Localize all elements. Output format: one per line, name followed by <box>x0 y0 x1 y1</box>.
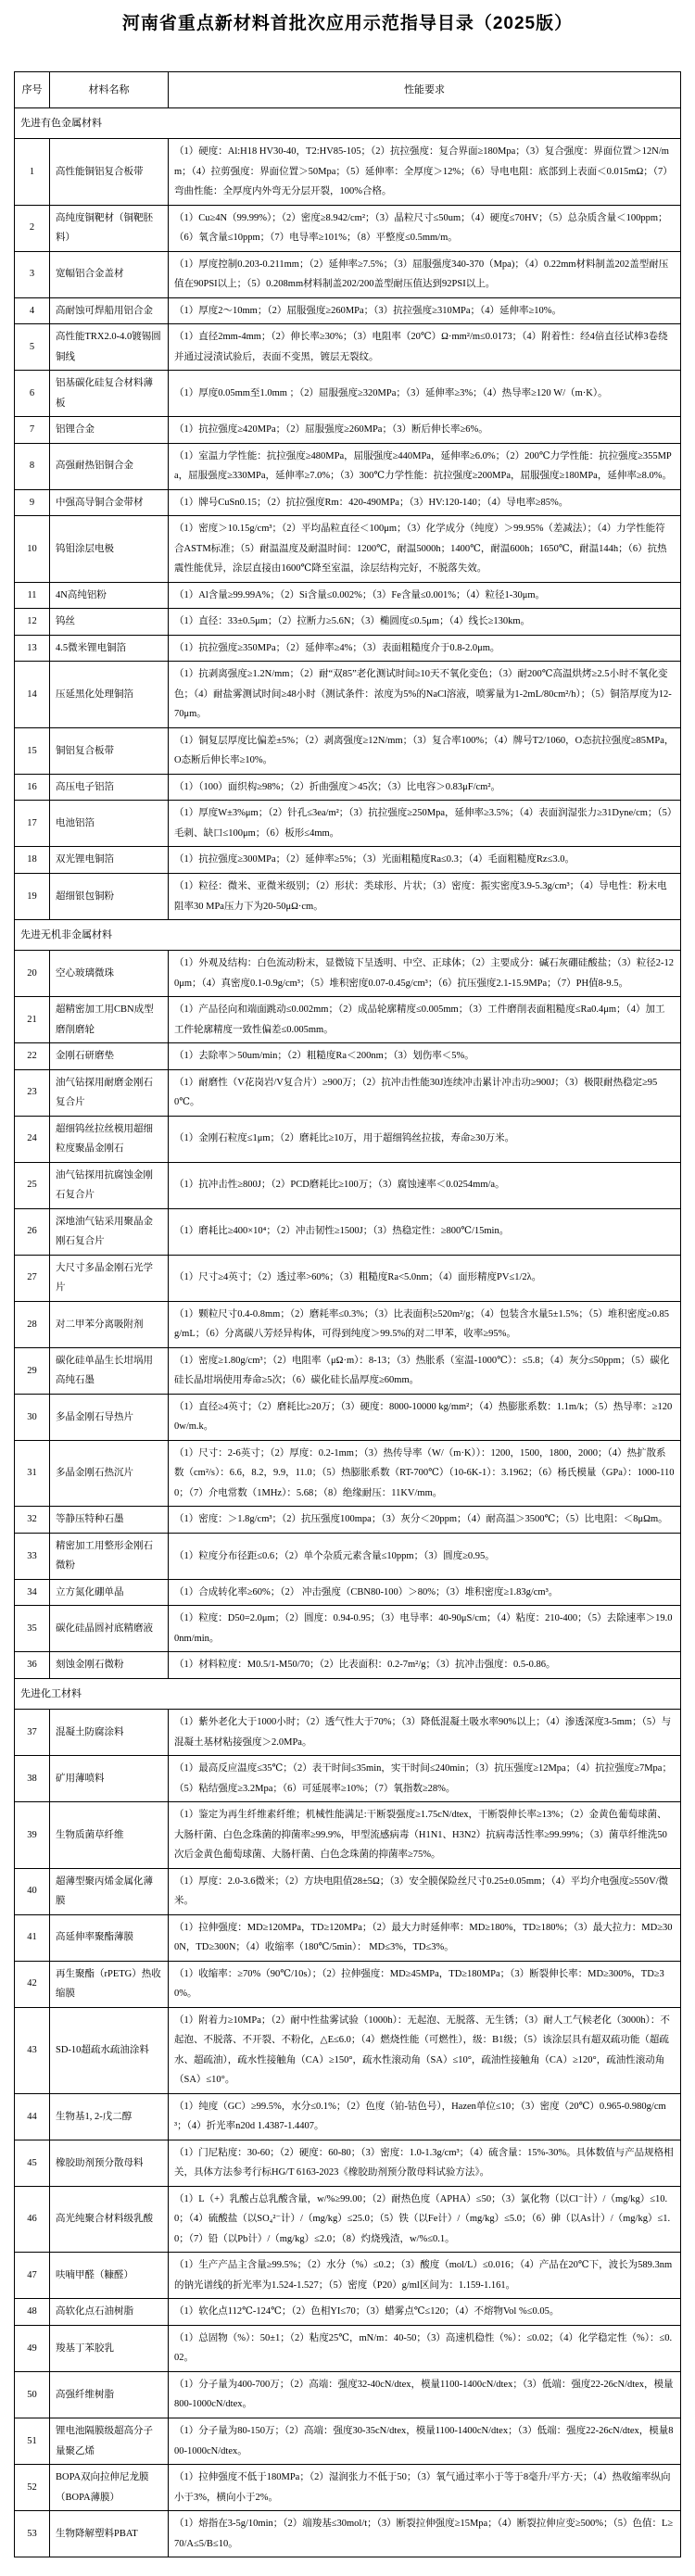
section-title: 先进无机非金属材料 <box>15 920 681 951</box>
material-name: 宽幅铝合金盖材 <box>50 251 169 297</box>
performance-requirements: （1）紫外老化大于1000小时；（2）透气性大于70%；（3）降低混凝土吸水率9… <box>169 1710 681 1756</box>
performance-requirements: （1）粒度：D50=2.0μm；（2）圆度：0.94-0.95；（3）电导率：4… <box>169 1606 681 1652</box>
material-name: 高性能TRX2.0-4.0镀锡圆铜线 <box>50 324 169 371</box>
material-name: 高强耐热铝铜合金 <box>50 443 169 489</box>
material-name: 钨丝 <box>50 609 169 636</box>
table-row: 51锂电池隔膜级超高分子量聚乙烯（1）分子量为80-150万；（2）高端：强度3… <box>15 2418 681 2464</box>
row-number: 30 <box>15 1394 50 1440</box>
table-row: 21超精密加工用CBN成型磨削磨轮（1）产品径向和端面跳动≤0.002mm；（2… <box>15 997 681 1043</box>
performance-requirements: （1）耐磨性（V花岗岩/V复合片）≥900万；（2）抗冲击性能30J连续冲击累计… <box>169 1069 681 1116</box>
row-number: 46 <box>15 2186 50 2253</box>
performance-requirements: （1）材料粒度：M0.5/1-M50/70；（2）比表面积：0.2-7m²/g；… <box>169 1652 681 1679</box>
material-name: 中强高导铜合金带材 <box>50 489 169 516</box>
row-number: 36 <box>15 1652 50 1679</box>
material-name: 精密加工用整形金刚石微粉 <box>50 1533 169 1579</box>
material-name: 高延伸率聚酯薄膜 <box>50 1914 169 1961</box>
material-name: 铝锂合金 <box>50 417 169 444</box>
performance-requirements: （1）生产产品主含量≥99.5%；（2）水分（%）≤0.2；（3）酸度（mol/… <box>169 2253 681 2299</box>
table-row: 23油气钻探用耐磨金刚石复合片（1）耐磨性（V花岗岩/V复合片）≥900万；（2… <box>15 1069 681 1116</box>
material-name: 生物基1, 2-戊二醇 <box>50 2093 169 2140</box>
table-row: 20空心玻璃微珠（1）外观及结构：白色流动粉末，显微镜下呈透明、中空、正球体；（… <box>15 951 681 997</box>
performance-requirements: （1）密度≥1.80g/cm³；（2）电阻率（μΩ·m）：8-13；（3）热胀系… <box>169 1347 681 1394</box>
table-row: 17电池铝箔（1）厚度W±3%μm；（2）针孔≤3ea/m²；（3）抗拉强度≥2… <box>15 801 681 847</box>
row-number: 5 <box>15 324 50 371</box>
row-number: 15 <box>15 727 50 774</box>
material-name: 碳化硅单晶生长坩埚用高纯石墨 <box>50 1347 169 1394</box>
table-row: 9中强高导铜合金带材（1）牌号CuSn0.15；（2）抗拉强度Rm：420-49… <box>15 489 681 516</box>
section-title: 先进化工材料 <box>15 1679 681 1710</box>
table-row: 10钨钼涂层电极（1）密度＞10.15g/cm³；（2）平均晶粒直径＜100μm… <box>15 516 681 583</box>
performance-requirements: （1）Al含量≥99.99A%；（2）Si含量≤0.002%；（3）Fe含量≤0… <box>169 582 681 609</box>
performance-requirements: （1）直径：33±0.5μm；（2）拉断力≥5.6N；（3）椭圆度≤0.5μm；… <box>169 609 681 636</box>
table-row: 33精密加工用整形金刚石微粉（1）粒度分布径距≤0.6；（2）单个杂质元素含量≤… <box>15 1533 681 1579</box>
table-row: 19超细银包铜粉（1）粒径：微米、亚微米级别；（2）形状：类球形、片状；（3）密… <box>15 873 681 919</box>
table-row: 46高光纯聚合材料级乳酸（1）L（+）乳酸占总乳酸含量，w/%≥99.00；（2… <box>15 2186 681 2253</box>
material-name: 油气钻探用抗腐蚀金刚石复合片 <box>50 1162 169 1208</box>
material-name: 电池铝箔 <box>50 801 169 847</box>
table-row: 3宽幅铝合金盖材（1）厚度控制0.203-0.211mm；（2）延伸率≥7.5%… <box>15 251 681 297</box>
row-number: 9 <box>15 489 50 516</box>
table-row: 34立方氮化硼单晶（1）合成转化率≥60%；（2） 冲击强度（CBN80-100… <box>15 1579 681 1606</box>
col-header-material: 材料名称 <box>50 72 169 108</box>
row-number: 33 <box>15 1533 50 1579</box>
table-row: 31多晶金刚石热沉片（1）尺寸：2-6英寸；（2）厚度：0.2-1mm；（3）热… <box>15 1440 681 1507</box>
table-header-row: 序号 材料名称 性能要求 <box>15 72 681 108</box>
table-row: 42再生聚酯（rPETG）热收缩膜（1）收缩率：≥70%（90℃/10s）；（2… <box>15 1961 681 2007</box>
table-row: 25油气钻探用抗腐蚀金刚石复合片（1）抗冲击性≥800J；（2）PCD磨耗比≥1… <box>15 1162 681 1208</box>
performance-requirements: （1）密度＞10.15g/cm³；（2）平均晶粒直径＜100μm；（3）化学成分… <box>169 516 681 583</box>
performance-requirements: （1）密度：＞1.8g/cm³；（2）抗压强度100mpa；（3）灰分＜20pp… <box>169 1507 681 1534</box>
material-name: 多晶金刚石热沉片 <box>50 1440 169 1507</box>
table-row: 36刻蚀金刚石微粉（1）材料粒度：M0.5/1-M50/70；（2）比表面积：0… <box>15 1652 681 1679</box>
material-name: 高光纯聚合材料级乳酸 <box>50 2186 169 2253</box>
table-row: 32等静压特种石墨（1）密度：＞1.8g/cm³；（2）抗压强度100mpa；（… <box>15 1507 681 1534</box>
col-header-requirements: 性能要求 <box>169 72 681 108</box>
performance-requirements: （1）熔指在3-5g/10min；（2）端羧基≤30mol/t；（3）断裂拉伸强… <box>169 2511 681 2557</box>
row-number: 12 <box>15 609 50 636</box>
performance-requirements: （1）抗拉强度≥350MPa；（2）延伸率≥4%；（3）表面粗糙度介于0.8-2… <box>169 635 681 662</box>
performance-requirements: （1）拉伸强度不低于180MPa；（2）湿润张力不低于50；（3）氧气通过率小于… <box>169 2465 681 2511</box>
material-name: 超薄型聚丙烯金属化薄膜 <box>50 1868 169 1914</box>
row-number: 7 <box>15 417 50 444</box>
section-title: 先进有色金属材料 <box>15 108 681 139</box>
table-row: 26深地油气钻采用聚晶金刚石复合片（1）磨耗比≥400×10⁴；（2）冲击韧性≥… <box>15 1208 681 1255</box>
table-row: 134.5微米锂电铜箔（1）抗拉强度≥350MPa；（2）延伸率≥4%；（3）表… <box>15 635 681 662</box>
performance-requirements: （1）去除率＞50um/min；（2）粗糙度Ra＜200nm；（3）划伤率＜5%… <box>169 1043 681 1070</box>
table-row: 50高强纤维树脂（1）分子量为400-700万；（2）高端：强度32-40cN/… <box>15 2371 681 2418</box>
row-number: 28 <box>15 1301 50 1347</box>
table-row: 7铝锂合金（1）抗拉强度≥420MPa；（2）屈服强度≥260MPa；（3）断后… <box>15 417 681 444</box>
performance-requirements: （1）分子量为80-150万；（2）高端：强度30-35cN/dtex，模量11… <box>169 2418 681 2464</box>
table-row: 6铝基碳化硅复合材料薄板（1）厚度0.05mm至1.0mm ；（2）屈服强度≥3… <box>15 371 681 417</box>
material-name: 碳化硅晶圆衬底精磨液 <box>50 1606 169 1652</box>
table-row: 114N高纯铝粉（1）Al含量≥99.99A%；（2）Si含量≤0.002%；（… <box>15 582 681 609</box>
material-name: 高压电子铝箔 <box>50 774 169 801</box>
row-number: 3 <box>15 251 50 297</box>
performance-requirements: （1）硬度：Al:H18 HV30-40，T2:HV85-105；（2）抗拉强度… <box>169 139 681 206</box>
row-number: 49 <box>15 2325 50 2371</box>
row-number: 38 <box>15 1756 50 1802</box>
performance-requirements: （1）分子量为400-700万；（2）高端：强度32-40cN/dtex，模量1… <box>169 2371 681 2418</box>
performance-requirements: （1）室温力学性能：抗拉强度≥480MPa，屈服强度≥440MPa，延伸率≥6.… <box>169 443 681 489</box>
row-number: 18 <box>15 847 50 874</box>
row-number: 51 <box>15 2418 50 2464</box>
material-name: 钨钼涂层电极 <box>50 516 169 583</box>
table-row: 24超细钨丝拉丝模用超细粒度聚晶金刚石（1）金刚石粒度≤1μm；（2）磨耗比≥1… <box>15 1116 681 1162</box>
row-number: 8 <box>15 443 50 489</box>
row-number: 19 <box>15 873 50 919</box>
performance-requirements: （1）抗拉强度≥420MPa；（2）屈服强度≥260MPa；（3）断后伸长率≥6… <box>169 417 681 444</box>
row-number: 26 <box>15 1208 50 1255</box>
performance-requirements: （1）铜复层厚度比偏差±5%；（2）剥离强度≥12N/mm；（3）复合率100%… <box>169 727 681 774</box>
col-header-no: 序号 <box>15 72 50 108</box>
performance-requirements: （1）尺寸≥4英寸；（2）透过率>60%；（3）粗糙度Ra<5.0nm；（4）面… <box>169 1255 681 1301</box>
material-name: 再生聚酯（rPETG）热收缩膜 <box>50 1961 169 2007</box>
table-row: 44生物基1, 2-戊二醇（1）纯度（GC）≥99.5%，水分≤0.1%；（2）… <box>15 2093 681 2140</box>
performance-requirements: （1）厚度控制0.203-0.211mm；（2）延伸率≥7.5%；（3）屈服强度… <box>169 251 681 297</box>
row-number: 11 <box>15 582 50 609</box>
material-name: 超细银包铜粉 <box>50 873 169 919</box>
material-name: 空心玻璃微珠 <box>50 951 169 997</box>
table-row: 8高强耐热铝铜合金（1）室温力学性能：抗拉强度≥480MPa，屈服强度≥440M… <box>15 443 681 489</box>
performance-requirements: （1）总固物（%）：50±1；（2）粘度25℃，mN/m：40-50；（3）高速… <box>169 2325 681 2371</box>
table-row: 27大尺寸多晶金刚石光学片（1）尺寸≥4英寸；（2）透过率>60%；（3）粗糙度… <box>15 1255 681 1301</box>
row-number: 25 <box>15 1162 50 1208</box>
performance-requirements: （1）抗拉强度≥300MPa；（2）延伸率≥5%；（3）光面粗糙度Ra≤0.3；… <box>169 847 681 874</box>
material-name: 高强纤维树脂 <box>50 2371 169 2418</box>
row-number: 24 <box>15 1116 50 1162</box>
material-name: 金刚石研磨垫 <box>50 1043 169 1070</box>
material-name: 超细钨丝拉丝模用超细粒度聚晶金刚石 <box>50 1116 169 1162</box>
table-row: 48高软化点石油树脂（1）软化点112℃-124℃；（2）色相YI≤70；（3）… <box>15 2299 681 2326</box>
table-row: 49羧基丁苯胶乳（1）总固物（%）：50±1；（2）粘度25℃，mN/m：40-… <box>15 2325 681 2371</box>
performance-requirements: （1）抗冲击性≥800J；（2）PCD磨耗比≥100万；（3）腐蚀速率＜0.02… <box>169 1162 681 1208</box>
material-name: 4.5微米锂电铜箔 <box>50 635 169 662</box>
document-page: 河南省重点新材料首批次应用示范指导目录（2025版） 序号 材料名称 性能要求 … <box>0 0 695 2576</box>
table-row: 53生物降解塑料PBAT（1）熔指在3-5g/10min；（2）端羧基≤30mo… <box>15 2511 681 2557</box>
table-row: 41高延伸率聚酯薄膜（1）拉伸强度：MD≥120MPa，TD≥120MPa；（2… <box>15 1914 681 1961</box>
material-name: 大尺寸多晶金刚石光学片 <box>50 1255 169 1301</box>
table-row: 29碳化硅单晶生长坩埚用高纯石墨（1）密度≥1.80g/cm³；（2）电阻率（μ… <box>15 1347 681 1394</box>
table-row: 47呋喃甲醛（糠醛）（1）生产产品主含量≥99.5%；（2）水分（%）≤0.2；… <box>15 2253 681 2299</box>
table-row: 12钨丝（1）直径：33±0.5μm；（2）拉断力≥5.6N；（3）椭圆度≤0.… <box>15 609 681 636</box>
material-name: 双光锂电铜箔 <box>50 847 169 874</box>
material-name: 锂电池隔膜级超高分子量聚乙烯 <box>50 2418 169 2464</box>
material-name: 深地油气钻采用聚晶金刚石复合片 <box>50 1208 169 1255</box>
performance-requirements: （1）Cu≥4N（99.99%）；（2）密度≥8.942/cm²；（3）晶粒尺寸… <box>169 205 681 251</box>
row-number: 40 <box>15 1868 50 1914</box>
material-name: 对二甲苯分离吸附剂 <box>50 1301 169 1347</box>
material-name: 橡胶助剂预分散母料 <box>50 2140 169 2186</box>
material-name: 油气钻探用耐磨金刚石复合片 <box>50 1069 169 1116</box>
performance-requirements: （1）直径≥4英寸；（2）磨耗比≥20万；（3）硬度：8000-10000 kg… <box>169 1394 681 1440</box>
row-number: 47 <box>15 2253 50 2299</box>
row-number: 16 <box>15 774 50 801</box>
material-name: 高软化点石油树脂 <box>50 2299 169 2326</box>
performance-requirements: （1）产品径向和端面跳动≤0.002mm；（2）成品轮廓精度≤0.005mm；（… <box>169 997 681 1043</box>
table-row: 1高性能铜铝复合板带（1）硬度：Al:H18 HV30-40，T2:HV85-1… <box>15 139 681 206</box>
table-row: 16高压电子铝箔（1）（100）面织构≥98%；（2）折曲强度＞45次；（3）比… <box>15 774 681 801</box>
table-row: 39生物质菌草纤维（1）鉴定为再生纤维素纤维；机械性能满足:干断裂强度≥1.75… <box>15 1802 681 1869</box>
table-row: 52BOPA双向拉伸尼龙膜（BOPA薄膜）（1）拉伸强度不低于180MPa；（2… <box>15 2465 681 2511</box>
table-row: 22金刚石研磨垫（1）去除率＞50um/min；（2）粗糙度Ra＜200nm；（… <box>15 1043 681 1070</box>
performance-requirements: （1）L（+）乳酸占总乳酸含量，w/%≥99.00；（2）耐热色度（APHA）≤… <box>169 2186 681 2253</box>
catalog-table: 序号 材料名称 性能要求 先进有色金属材料1高性能铜铝复合板带（1）硬度：Al:… <box>14 71 681 2557</box>
material-name: 压延黑化处理铜箔 <box>50 662 169 728</box>
performance-requirements: （1）收缩率：≥70%（90℃/10s）；（2）拉伸强度：MD≥45MPa，TD… <box>169 1961 681 2007</box>
row-number: 32 <box>15 1507 50 1534</box>
performance-requirements: （1）鉴定为再生纤维素纤维；机械性能满足:干断裂强度≥1.75cN/dtex，干… <box>169 1802 681 1869</box>
row-number: 50 <box>15 2371 50 2418</box>
performance-requirements: （1）厚度0.05mm至1.0mm ；（2）屈服强度≥320MPa；（3）延伸率… <box>169 371 681 417</box>
performance-requirements: （1）门尼粘度：30-60；（2）硬度：60-80；（3）密度：1.0-1.3g… <box>169 2140 681 2186</box>
table-row: 18双光锂电铜箔（1）抗拉强度≥300MPa；（2）延伸率≥5%；（3）光面粗糙… <box>15 847 681 874</box>
table-row: 45橡胶助剂预分散母料（1）门尼粘度：30-60；（2）硬度：60-80；（3）… <box>15 2140 681 2186</box>
row-number: 6 <box>15 371 50 417</box>
row-number: 27 <box>15 1255 50 1301</box>
row-number: 53 <box>15 2511 50 2557</box>
material-name: 等静压特种石墨 <box>50 1507 169 1534</box>
catalog-table-body: 先进有色金属材料1高性能铜铝复合板带（1）硬度：Al:H18 HV30-40，T… <box>15 108 681 2557</box>
performance-requirements: （1）厚度2～10mm；（2）屈服强度≥260MPa；（3）抗拉强度≥310MP… <box>169 297 681 324</box>
row-number: 44 <box>15 2093 50 2140</box>
row-number: 41 <box>15 1914 50 1961</box>
performance-requirements: （1）金刚石粒度≤1μm；（2）磨耗比≥10万，用于超细钨丝拉拔，寿命≥30万米… <box>169 1116 681 1162</box>
material-name: 超精密加工用CBN成型磨削磨轮 <box>50 997 169 1043</box>
performance-requirements: （1）厚度：2.0-3.6微米；（2）方块电阻值28±5Ω；（3）安全膜保险丝尺… <box>169 1868 681 1914</box>
material-name: 立方氮化硼单晶 <box>50 1579 169 1606</box>
performance-requirements: （1）最高反应温度≤35℃；（2）表干时间≤35min，实干时间≤240min；… <box>169 1756 681 1802</box>
material-name: 高纯度铜靶材（铜靶胚料） <box>50 205 169 251</box>
performance-requirements: （1）牌号CuSn0.15；（2）抗拉强度Rm：420-490MPa；（3）HV… <box>169 489 681 516</box>
material-name: 呋喃甲醛（糠醛） <box>50 2253 169 2299</box>
row-number: 52 <box>15 2465 50 2511</box>
table-row: 43SD-10超疏水疏油涂料（1）附着力≥10MPa；（2）耐中性盐雾试验（10… <box>15 2007 681 2093</box>
section-row: 先进化工材料 <box>15 1679 681 1710</box>
row-number: 10 <box>15 516 50 583</box>
table-row: 15铜铝复合板带（1）铜复层厚度比偏差±5%；（2）剥离强度≥12N/mm；（3… <box>15 727 681 774</box>
row-number: 23 <box>15 1069 50 1116</box>
table-row: 38矿用薄喷料（1）最高反应温度≤35℃；（2）表干时间≤35min，实干时间≤… <box>15 1756 681 1802</box>
material-name: 高耐蚀可焊船用铝合金 <box>50 297 169 324</box>
section-row: 先进无机非金属材料 <box>15 920 681 951</box>
performance-requirements: （1）粒度分布径距≤0.6；（2）单个杂质元素含量≤10ppm；（3）圆度≥0.… <box>169 1533 681 1579</box>
row-number: 22 <box>15 1043 50 1070</box>
performance-requirements: （1）颗粒尺寸0.4-0.8mm；（2）磨耗率≤0.3%；（3）比表面积≥520… <box>169 1301 681 1347</box>
row-number: 35 <box>15 1606 50 1652</box>
row-number: 14 <box>15 662 50 728</box>
table-row: 28对二甲苯分离吸附剂（1）颗粒尺寸0.4-0.8mm；（2）磨耗率≤0.3%；… <box>15 1301 681 1347</box>
material-name: 铜铝复合板带 <box>50 727 169 774</box>
material-name: SD-10超疏水疏油涂料 <box>50 2007 169 2093</box>
row-number: 45 <box>15 2140 50 2186</box>
material-name: 刻蚀金刚石微粉 <box>50 1652 169 1679</box>
material-name: 多晶金刚石导热片 <box>50 1394 169 1440</box>
table-row: 35碳化硅晶圆衬底精磨液（1）粒度：D50=2.0μm；（2）圆度：0.94-0… <box>15 1606 681 1652</box>
performance-requirements: （1）纯度（GC）≥99.5%，水分≤0.1%；（2）色度（铂-钴色号），Haz… <box>169 2093 681 2140</box>
material-name: 生物质菌草纤维 <box>50 1802 169 1869</box>
performance-requirements: （1）软化点112℃-124℃；（2）色相YI≤70；（3）蜡雾点℃≤120；（… <box>169 2299 681 2326</box>
table-row: 5高性能TRX2.0-4.0镀锡圆铜线（1）直径2mm-4mm；（2）伸长率≥3… <box>15 324 681 371</box>
page-title: 河南省重点新材料首批次应用示范指导目录（2025版） <box>14 9 681 34</box>
row-number: 34 <box>15 1579 50 1606</box>
table-row: 37混凝土防腐涂料（1）紫外老化大于1000小时；（2）透气性大于70%；（3）… <box>15 1710 681 1756</box>
row-number: 37 <box>15 1710 50 1756</box>
row-number: 17 <box>15 801 50 847</box>
material-name: 铝基碳化硅复合材料薄板 <box>50 371 169 417</box>
performance-requirements: （1）直径2mm-4mm；（2）伸长率≥30%；（3）电阻率（20℃）Ω·mm²… <box>169 324 681 371</box>
performance-requirements: （1）尺寸：2-6英寸；（2）厚度：0.2-1mm；（3）热传导率（W/（m·K… <box>169 1440 681 1507</box>
table-row: 4高耐蚀可焊船用铝合金（1）厚度2～10mm；（2）屈服强度≥260MPa；（3… <box>15 297 681 324</box>
performance-requirements: （1）（100）面织构≥98%；（2）折曲强度＞45次；（3）比电容＞0.83μ… <box>169 774 681 801</box>
performance-requirements: （1）外观及结构：白色流动粉末，显微镜下呈透明、中空、正球体；（2）主要成分：碱… <box>169 951 681 997</box>
row-number: 2 <box>15 205 50 251</box>
table-row: 30多晶金刚石导热片（1）直径≥4英寸；（2）磨耗比≥20万；（3）硬度：800… <box>15 1394 681 1440</box>
performance-requirements: （1）拉伸强度：MD≥120MPa，TD≥120MPa；（2）最大力时延伸率：M… <box>169 1914 681 1961</box>
material-name: 混凝土防腐涂料 <box>50 1710 169 1756</box>
row-number: 48 <box>15 2299 50 2326</box>
performance-requirements: （1）厚度W±3%μm；（2）针孔≤3ea/m²；（3）抗拉强度≥250Mpa，… <box>169 801 681 847</box>
row-number: 4 <box>15 297 50 324</box>
material-name: 4N高纯铝粉 <box>50 582 169 609</box>
table-row: 14压延黑化处理铜箔（1）抗剥离强度≥1.2N/mm；（2）耐“双85”老化测试… <box>15 662 681 728</box>
performance-requirements: （1）附着力≥10MPa；（2）耐中性盐雾试验（1000h）：无起泡、无脱落、无… <box>169 2007 681 2093</box>
row-number: 42 <box>15 1961 50 2007</box>
material-name: 羧基丁苯胶乳 <box>50 2325 169 2371</box>
material-name: 高性能铜铝复合板带 <box>50 139 169 206</box>
performance-requirements: （1）抗剥离强度≥1.2N/mm；（2）耐“双85”老化测试时间≥10天不氧化变… <box>169 662 681 728</box>
performance-requirements: （1）合成转化率≥60%；（2） 冲击强度（CBN80-100）＞80%；（3）… <box>169 1579 681 1606</box>
material-name: 生物降解塑料PBAT <box>50 2511 169 2557</box>
row-number: 13 <box>15 635 50 662</box>
row-number: 20 <box>15 951 50 997</box>
performance-requirements: （1）粒径：微米、亚微米级别；（2）形状：类球形、片状；（3）密度：振实密度3.… <box>169 873 681 919</box>
section-row: 先进有色金属材料 <box>15 108 681 139</box>
row-number: 21 <box>15 997 50 1043</box>
material-name: 矿用薄喷料 <box>50 1756 169 1802</box>
material-name: BOPA双向拉伸尼龙膜（BOPA薄膜） <box>50 2465 169 2511</box>
row-number: 1 <box>15 139 50 206</box>
table-row: 2高纯度铜靶材（铜靶胚料）（1）Cu≥4N（99.99%）；（2）密度≥8.94… <box>15 205 681 251</box>
row-number: 31 <box>15 1440 50 1507</box>
row-number: 29 <box>15 1347 50 1394</box>
table-row: 40超薄型聚丙烯金属化薄膜（1）厚度：2.0-3.6微米；（2）方块电阻值28±… <box>15 1868 681 1914</box>
performance-requirements: （1）磨耗比≥400×10⁴；（2）冲击韧性≥1500J；（3）热稳定性：≥80… <box>169 1208 681 1255</box>
row-number: 43 <box>15 2007 50 2093</box>
row-number: 39 <box>15 1802 50 1869</box>
